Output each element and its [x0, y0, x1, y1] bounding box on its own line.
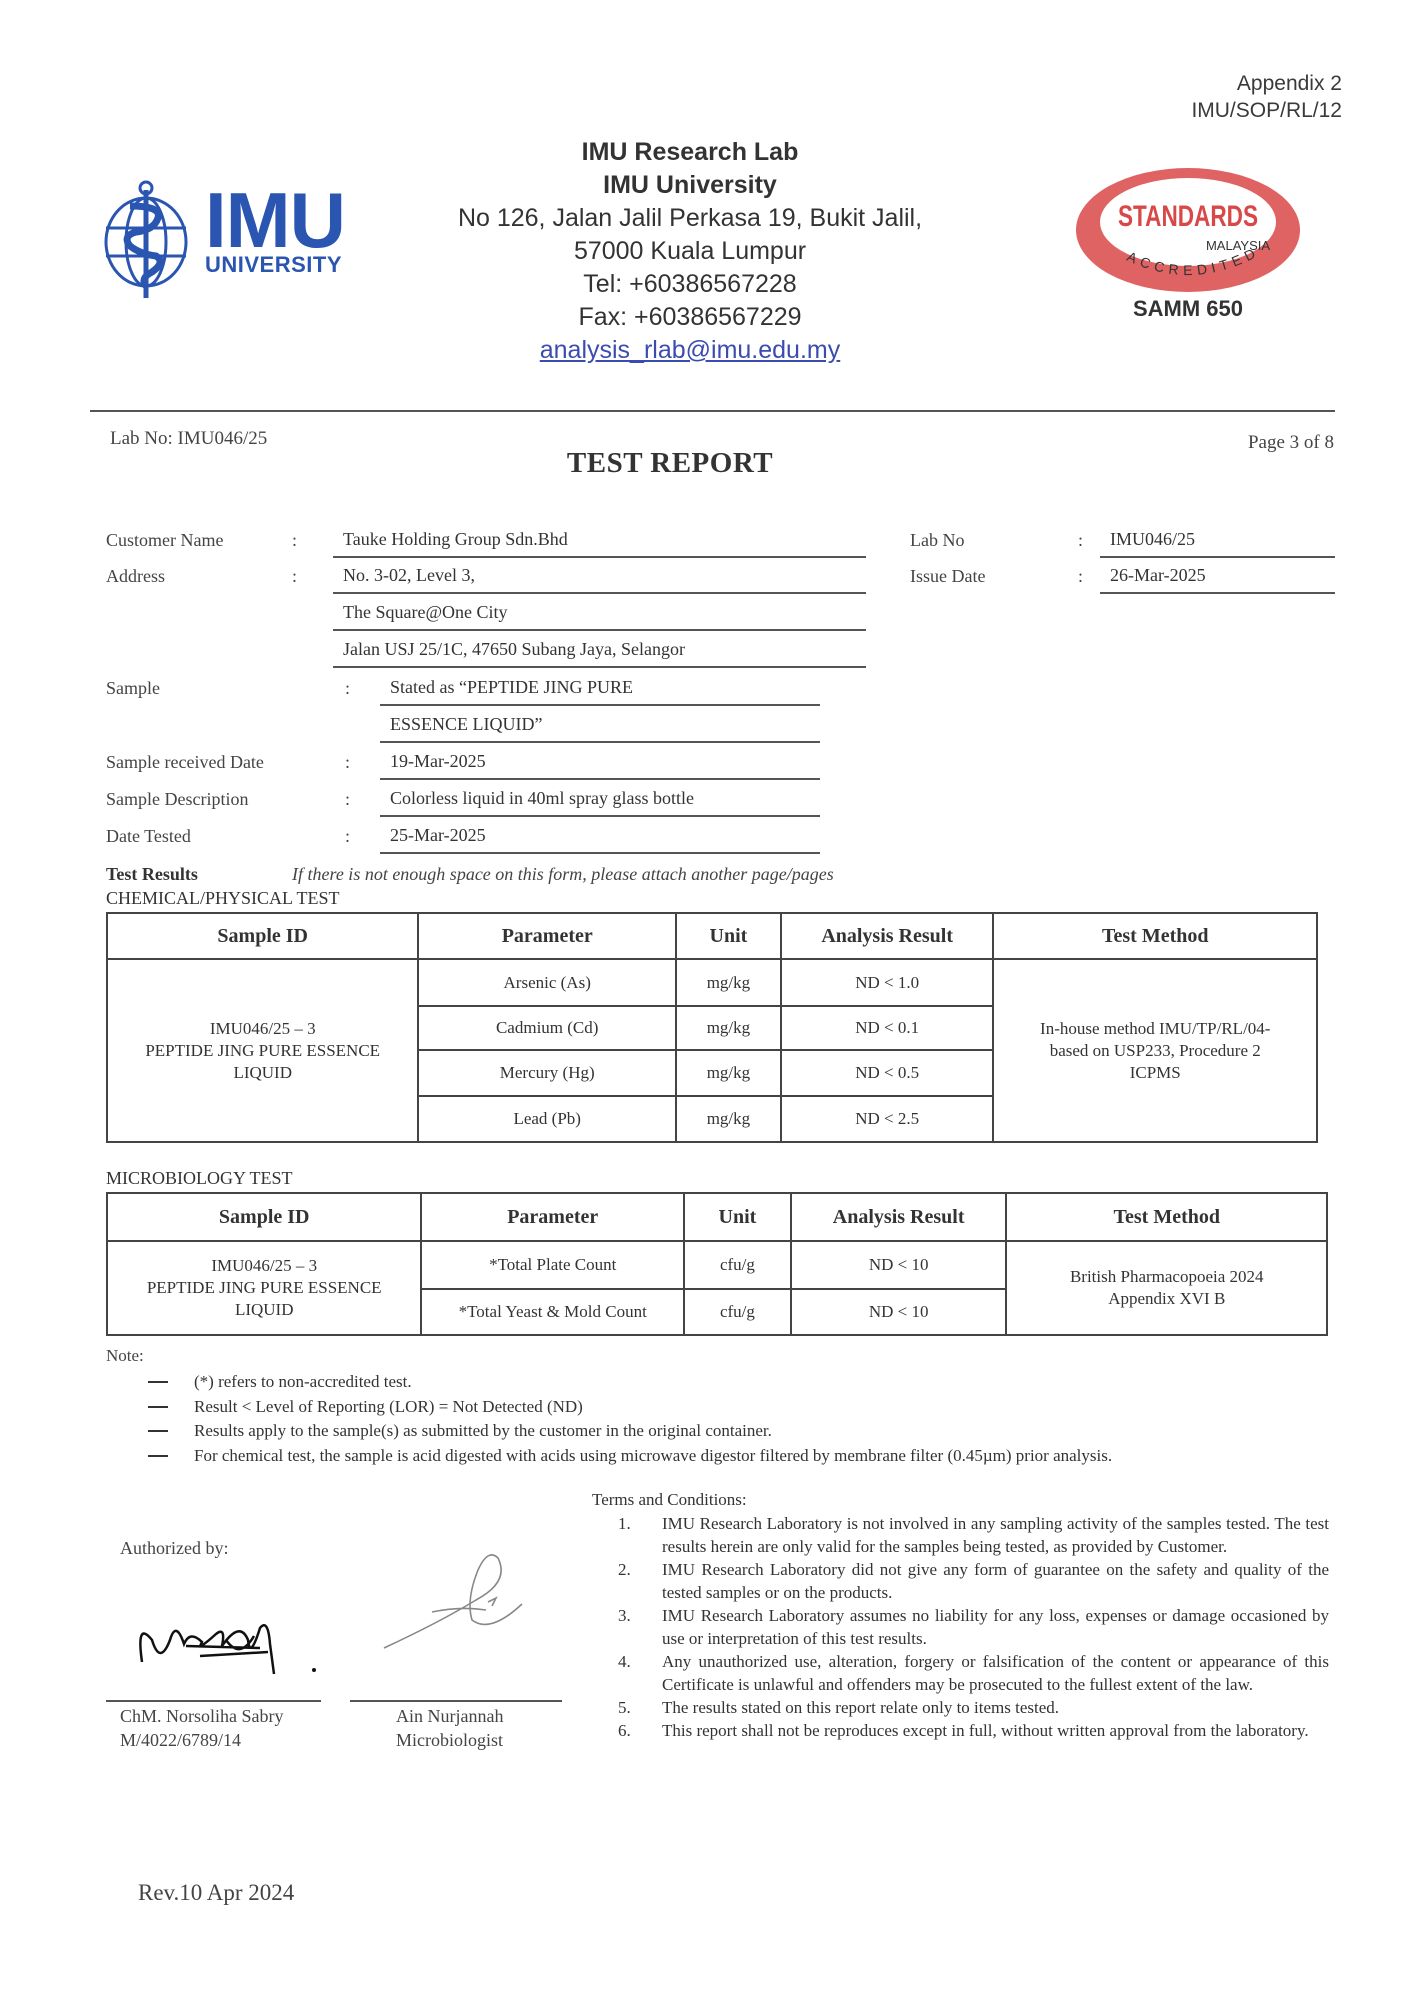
term-item: 4.Any unauthorized use, alteration, forg… [592, 1650, 1329, 1696]
note-text: For chemical test, the sample is acid di… [194, 1446, 1112, 1465]
term-number: 2. [618, 1558, 631, 1581]
term-text: IMU Research Laboratory did not give any… [662, 1560, 1329, 1602]
note-item: For chemical test, the sample is acid di… [148, 1444, 1112, 1469]
email-link[interactable]: analysis_rlab@imu.edu.my [390, 334, 990, 367]
terms-list: 1.IMU Research Laboratory is not involve… [592, 1512, 1329, 1742]
signature-1-icon [130, 1600, 330, 1680]
signatory-registration: M/4022/6789/14 [120, 1728, 284, 1752]
term-text: IMU Research Laboratory is not involved … [662, 1514, 1329, 1556]
note-item: Result < Level of Reporting (LOR) = Not … [148, 1395, 1112, 1420]
parameter-cell: Cadmium (Cd) [418, 1006, 676, 1050]
sample-received-date-value: 19-Mar-2025 [380, 747, 820, 780]
column-header: Analysis Result [781, 913, 994, 959]
colon: : [345, 826, 350, 847]
column-header: Unit [684, 1193, 791, 1241]
lab-contact-block: IMU Research Lab IMU University No 126, … [390, 136, 990, 367]
note-item: Results apply to the sample(s) as submit… [148, 1419, 1112, 1444]
date-tested-label: Date Tested [106, 826, 191, 847]
sample-id-name: PEPTIDE JING PURE ESSENCE [109, 1040, 416, 1062]
microbiology-results-table: Sample ID Parameter Unit Analysis Result… [106, 1192, 1328, 1336]
address-line-2: 57000 Kuala Lumpur [390, 235, 990, 268]
method-line: based on USP233, Procedure 2 [995, 1040, 1315, 1062]
unit-cell: mg/kg [676, 959, 781, 1006]
chemical-results-table: Sample ID Parameter Unit Analysis Result… [106, 912, 1318, 1143]
signature-line [106, 1700, 321, 1702]
accreditation-code: SAMM 650 [1068, 296, 1308, 322]
method-line: Appendix XVI B [1008, 1288, 1325, 1310]
note-text: Results apply to the sample(s) as submit… [194, 1421, 772, 1440]
date-tested-value: 25-Mar-2025 [380, 821, 820, 854]
column-header: Test Method [1006, 1193, 1327, 1241]
sample-line-1-value: Stated as “PEPTIDE JING PURE [380, 673, 820, 706]
page-number: Page 3 of 8 [1248, 432, 1334, 454]
column-header: Parameter [421, 1193, 684, 1241]
header-divider [90, 410, 1335, 412]
column-header: Sample ID [107, 913, 418, 959]
column-header: Sample ID [107, 1193, 421, 1241]
signatory-1: ChM. Norsoliha Sabry M/4022/6789/14 [120, 1704, 284, 1752]
signature-2-icon [380, 1550, 540, 1660]
term-item: 1.IMU Research Laboratory is not involve… [592, 1512, 1329, 1558]
method-line: In-house method IMU/TP/RL/04- [995, 1018, 1315, 1040]
terms-title: Terms and Conditions: [592, 1490, 747, 1510]
term-item: 6.This report shall not be reproduces ex… [592, 1719, 1329, 1742]
note-text: Result < Level of Reporting (LOR) = Not … [194, 1397, 583, 1416]
colon: : [345, 678, 350, 699]
unit-cell: mg/kg [676, 1050, 781, 1096]
colon: : [345, 789, 350, 810]
sample-id-code: IMU046/25 – 3 [109, 1018, 416, 1040]
column-header: Unit [676, 913, 781, 959]
test-method-cell: British Pharmacopoeia 2024 Appendix XVI … [1006, 1241, 1327, 1335]
note-title: Note: [106, 1346, 144, 1366]
term-item: 5.The results stated on this report rela… [592, 1696, 1329, 1719]
result-cell: ND < 0.5 [781, 1050, 994, 1096]
colon: : [292, 566, 297, 587]
unit-cell: cfu/g [684, 1241, 791, 1289]
method-line: ICPMS [995, 1062, 1315, 1084]
test-results-label: Test Results [106, 864, 198, 885]
chemical-section-label: CHEMICAL/PHYSICAL TEST [106, 888, 340, 909]
result-cell: ND < 2.5 [781, 1096, 994, 1142]
table-row: IMU046/25 – 3 PEPTIDE JING PURE ESSENCE … [107, 959, 1317, 1006]
test-method-cell: In-house method IMU/TP/RL/04- based on U… [993, 959, 1317, 1142]
address-line-1-value: No. 3-02, Level 3, [333, 561, 866, 594]
address-line-3-value: Jalan USJ 25/1C, 47650 Subang Jaya, Sela… [333, 635, 866, 668]
issue-date-value: 26-Mar-2025 [1100, 561, 1335, 594]
unit-cell: cfu/g [684, 1289, 791, 1335]
fax: Fax: +60386567229 [390, 301, 990, 334]
svg-text:STANDARDS: STANDARDS [1118, 200, 1258, 233]
dash-bullet-icon [148, 1406, 168, 1408]
address-line-2-value: The Square@One City [333, 598, 866, 631]
customer-name-value: Tauke Holding Group Sdn.Bhd [333, 525, 866, 558]
result-cell: ND < 1.0 [781, 959, 994, 1006]
result-cell: ND < 10 [791, 1289, 1007, 1335]
dash-bullet-icon [148, 1455, 168, 1457]
logo-imu-text: IMU [205, 186, 345, 254]
colon: : [1078, 530, 1083, 551]
report-title: TEST REPORT [0, 447, 1340, 480]
document-code-block: Appendix 2 IMU/SOP/RL/12 [1191, 70, 1342, 124]
column-header: Parameter [418, 913, 676, 959]
term-number: 3. [618, 1604, 631, 1627]
sample-id-name: PEPTIDE JING PURE ESSENCE [109, 1277, 419, 1299]
telephone: Tel: +60386567228 [390, 268, 990, 301]
result-cell: ND < 10 [791, 1241, 1007, 1289]
term-number: 4. [618, 1650, 631, 1673]
svg-text:MALAYSIA: MALAYSIA [1206, 238, 1270, 253]
signatory-name: Ain Nurjannah [396, 1704, 503, 1728]
university-name: IMU University [390, 169, 990, 202]
note-item: (*) refers to non-accredited test. [148, 1370, 1112, 1395]
colon: : [345, 752, 350, 773]
column-header: Analysis Result [791, 1193, 1007, 1241]
logo-university-text: UNIVERSITY [205, 254, 345, 276]
column-header: Test Method [993, 913, 1317, 959]
note-text: (*) refers to non-accredited test. [194, 1372, 412, 1391]
parameter-cell: *Total Plate Count [421, 1241, 684, 1289]
revision-footer: Rev.10 Apr 2024 [138, 1880, 294, 1906]
sample-id-code: IMU046/25 – 3 [109, 1255, 419, 1277]
sample-received-date-label: Sample received Date [106, 752, 264, 773]
result-cell: ND < 0.1 [781, 1006, 994, 1050]
parameter-cell: Arsenic (As) [418, 959, 676, 1006]
sop-code: IMU/SOP/RL/12 [1191, 97, 1342, 124]
dash-bullet-icon [148, 1381, 168, 1383]
imu-logo-wordmark: IMU UNIVERSITY [205, 186, 345, 276]
unit-cell: mg/kg [676, 1096, 781, 1142]
colon: : [292, 530, 297, 551]
sample-id-name: LIQUID [109, 1062, 416, 1084]
term-item: 2.IMU Research Laboratory did not give a… [592, 1558, 1329, 1604]
sample-description-value: Colorless liquid in 40ml spray glass bot… [380, 784, 820, 817]
signatory-name: ChM. Norsoliha Sabry [120, 1704, 284, 1728]
term-item: 3.IMU Research Laboratory assumes no lia… [592, 1604, 1329, 1650]
lab-name: IMU Research Lab [390, 136, 990, 169]
term-number: 1. [618, 1512, 631, 1535]
term-number: 6. [618, 1719, 631, 1742]
appendix-label: Appendix 2 [1191, 70, 1342, 97]
unit-cell: mg/kg [676, 1006, 781, 1050]
address-line-1: No 126, Jalan Jalil Perkasa 19, Bukit Ja… [390, 202, 990, 235]
address-label: Address [106, 566, 165, 587]
test-results-note: If there is not enough space on this for… [292, 864, 834, 885]
term-text: IMU Research Laboratory assumes no liabi… [662, 1606, 1329, 1648]
sample-description-label: Sample Description [106, 789, 248, 810]
term-text: The results stated on this report relate… [662, 1698, 1059, 1717]
sample-label: Sample [106, 678, 160, 699]
sample-line-2-value: ESSENCE LIQUID” [380, 710, 820, 743]
microbiology-section-label: MICROBIOLOGY TEST [106, 1168, 293, 1189]
issue-date-label: Issue Date [910, 566, 985, 587]
lab-no-value: IMU046/25 [1100, 525, 1335, 558]
parameter-cell: *Total Yeast & Mold Count [421, 1289, 684, 1335]
customer-name-label: Customer Name [106, 530, 223, 551]
sample-id-cell: IMU046/25 – 3 PEPTIDE JING PURE ESSENCE … [107, 1241, 421, 1335]
term-text: Any unauthorized use, alteration, forger… [662, 1652, 1329, 1694]
notes-list: (*) refers to non-accredited test. Resul… [148, 1370, 1112, 1468]
dash-bullet-icon [148, 1430, 168, 1432]
parameter-cell: Lead (Pb) [418, 1096, 676, 1142]
sample-id-name: LIQUID [109, 1299, 419, 1321]
sample-id-cell: IMU046/25 – 3 PEPTIDE JING PURE ESSENCE … [107, 959, 418, 1142]
signature-line [350, 1700, 562, 1702]
authorized-by-label: Authorized by: [120, 1538, 228, 1559]
colon: : [1078, 566, 1083, 587]
table-row: IMU046/25 – 3 PEPTIDE JING PURE ESSENCE … [107, 1241, 1327, 1289]
parameter-cell: Mercury (Hg) [418, 1050, 676, 1096]
method-line: British Pharmacopoeia 2024 [1008, 1266, 1325, 1288]
lab-no-label: Lab No [910, 530, 964, 551]
term-number: 5. [618, 1696, 631, 1719]
term-text: This report shall not be reproduces exce… [662, 1721, 1309, 1740]
signatory-title: Microbiologist [396, 1728, 503, 1752]
signatory-2: Ain Nurjannah Microbiologist [396, 1704, 503, 1752]
